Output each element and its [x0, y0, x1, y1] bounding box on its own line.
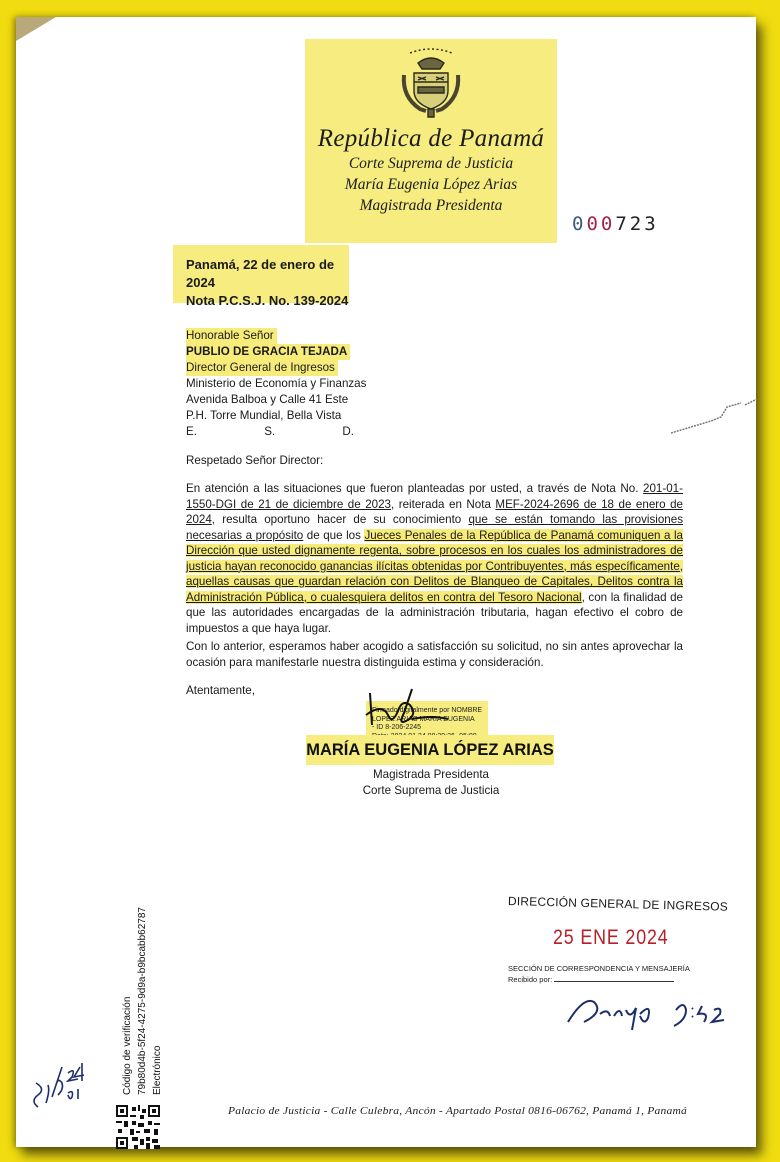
date-note-block: Panamá, 22 de enero de 2024 Nota P.C.S.J… [173, 245, 349, 303]
signer-title: Magistrada Presidenta [316, 767, 546, 783]
stamp-organization: DIRECCIÓN GENERAL DE INGRESOS [508, 894, 728, 914]
letterhead-country: República de Panamá [305, 125, 557, 153]
recipient-name: PUBLIO DE GRACIA TEJADA [186, 344, 350, 360]
recipient-address-1: Avenida Balboa y Calle 41 Este [186, 392, 366, 408]
letterhead-court: Corte Suprema de Justicia [305, 153, 557, 174]
qr-code-icon[interactable] [116, 1105, 160, 1149]
signer-name: MARÍA EUGENIA LÓPEZ ARIAS [306, 735, 554, 765]
handwritten-signature-icon [362, 685, 452, 735]
salutation: Respetado Señor Director: [186, 454, 323, 467]
verification-code: 79b80d4b-5f24-4275-9d9a-b9bcabb62787 [135, 907, 150, 1095]
recipient-honorific: Honorable Señor [186, 328, 277, 344]
stamp-section: SECCIÓN DE CORRESPONDENCIA Y MENSAJERÍA [508, 964, 728, 973]
document-page: República de Panamá Corte Suprema de Jus… [16, 17, 756, 1147]
verification-block: Código de verificación 79b80d4b-5f24-427… [120, 907, 165, 1095]
esd-line: E. S. D. [186, 424, 354, 440]
letterhead: República de Panamá Corte Suprema de Jus… [305, 39, 557, 243]
margin-handwritten-note-icon [28, 1037, 98, 1117]
coat-of-arms-icon [396, 47, 466, 119]
footer-address: Palacio de Justicia - Calle Culebra, Anc… [228, 1105, 687, 1117]
signer-institution: Corte Suprema de Justicia [316, 783, 546, 799]
recipient-address-2: P.H. Torre Mundial, Bella Vista [186, 408, 366, 424]
receipt-stamp: DIRECCIÓN GENERAL DE INGRESOS 25 ENE 202… [508, 894, 728, 984]
place-date: Panamá, 22 de enero de 2024 [186, 256, 349, 292]
closing: Atentamente, [186, 684, 255, 697]
signer-title-block: Magistrada Presidenta Corte Suprema de J… [316, 767, 546, 799]
received-by-handwriting-icon [564, 992, 744, 1032]
stamp-date: 25 ENE 2024 [553, 926, 702, 950]
stamp-received-by: Recibido por: [508, 975, 728, 984]
body-paragraph-2: Con lo anterior, esperamos haber acogido… [186, 639, 683, 670]
verification-label: Código de verificación [120, 907, 135, 1095]
recipient-title: Director General de Ingresos [186, 360, 338, 376]
recipient-block: Honorable Señor PUBLIO DE GRACIA TEJADA … [186, 328, 366, 440]
note-number: Nota P.C.S.J. No. 139-2024 [186, 292, 349, 310]
paper-tear-mark [671, 397, 761, 437]
serial-number: 000723 [572, 213, 659, 235]
letterhead-position: Magistrada Presidenta [305, 195, 557, 216]
folded-corner [16, 17, 56, 41]
body-paragraph-1: En atención a las situaciones que fueron… [186, 481, 683, 636]
verification-type: Electrónico [150, 907, 165, 1095]
letterhead-official: María Eugenia López Arias [305, 174, 557, 195]
recipient-ministry: Ministerio de Economía y Finanzas [186, 376, 366, 392]
